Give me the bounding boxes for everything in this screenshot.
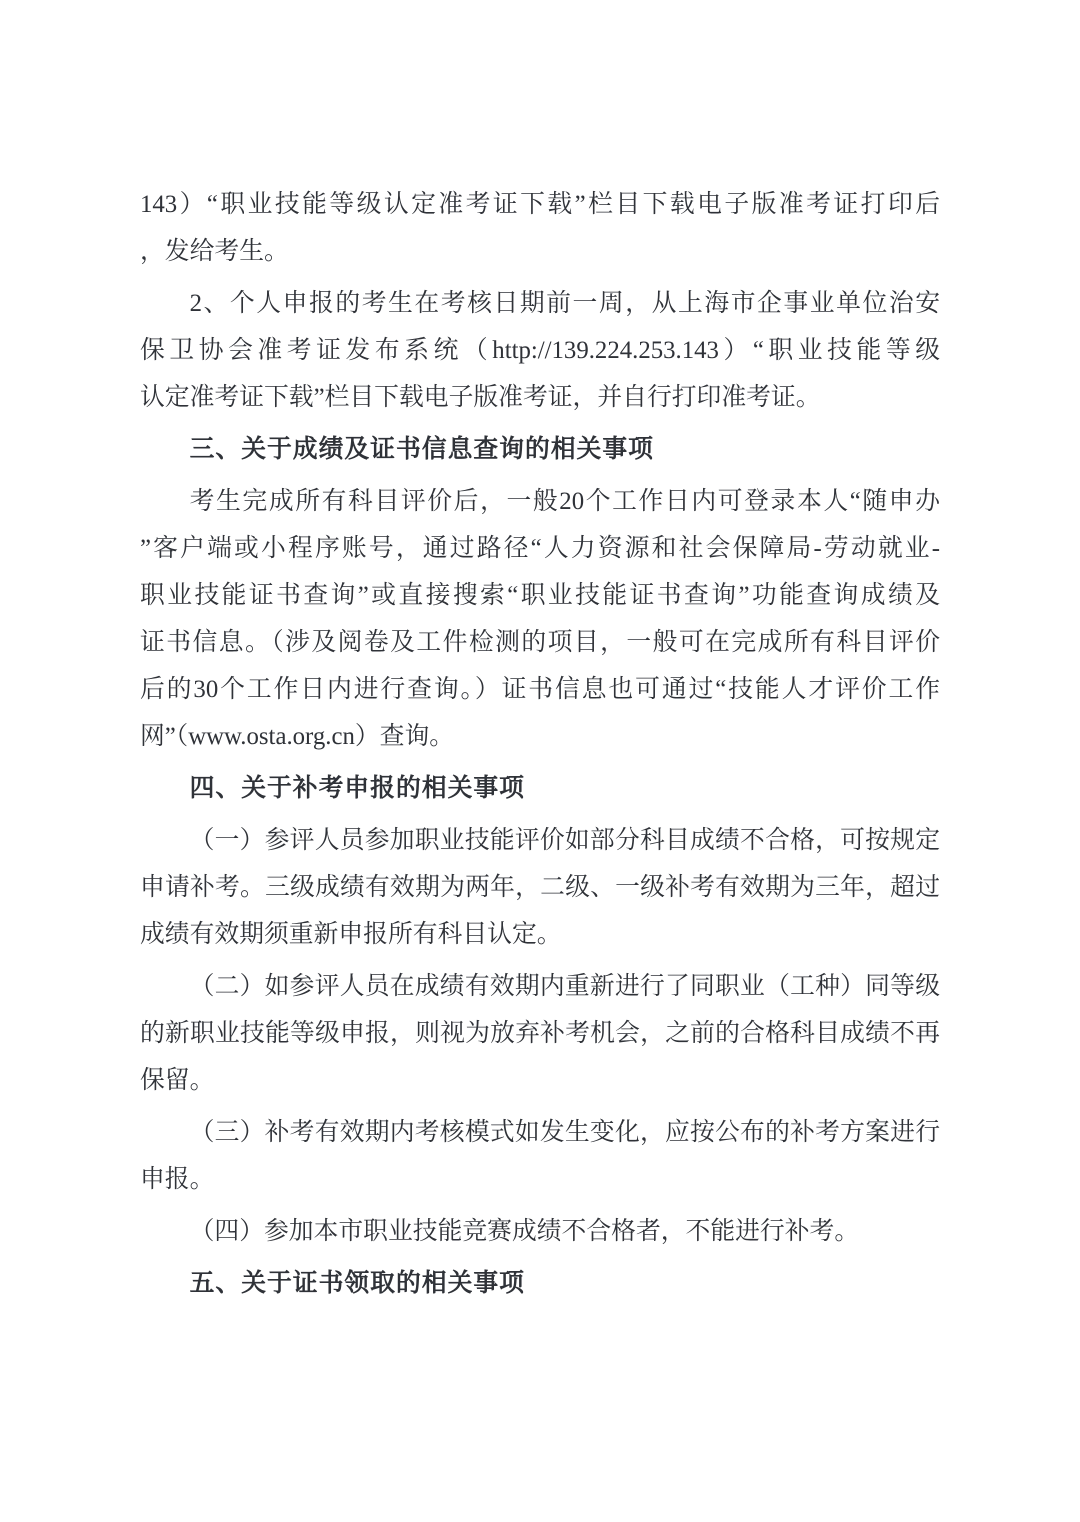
text-line: （四）参加本市职业技能竞赛成绩不合格者，不能进行补考。 xyxy=(140,1208,940,1255)
text-line: 后的30个工作日内进行查询。）证书信息也可通过“技能人才评价工作 xyxy=(140,666,940,713)
section-heading: 四、关于补考申报的相关事项 xyxy=(140,765,940,812)
text-line: 认定准考证下载”栏目下载电子版准考证，并自行打印准考证。 xyxy=(140,374,940,421)
text-line: ”客户端或小程序账号，通过路径“人力资源和社会保障局-劳动就业- xyxy=(140,525,940,572)
text-line: 五、关于证书领取的相关事项 xyxy=(140,1260,940,1307)
section-heading: 五、关于证书领取的相关事项 xyxy=(140,1260,940,1307)
text-line: 申报。 xyxy=(140,1156,940,1203)
text-line: 成绩有效期须重新申报所有科目认定。 xyxy=(140,911,940,958)
paragraph: 143）“职业技能等级认定准考证下载”栏目下载电子版准考证打印后，发给考生。 xyxy=(140,181,940,275)
text-line: 职业技能证书查询”或直接搜索“职业技能证书查询”功能查询成绩及 xyxy=(140,572,940,619)
text-line: 保留。 xyxy=(140,1057,940,1104)
section-heading: 三、关于成绩及证书信息查询的相关事项 xyxy=(140,426,940,473)
text-line: （一）参评人员参加职业技能评价如部分科目成绩不合格，可按规定 xyxy=(140,817,940,864)
text-line: （二）如参评人员在成绩有效期内重新进行了同职业（工种）同等级 xyxy=(140,963,940,1010)
text-line: 143）“职业技能等级认定准考证下载”栏目下载电子版准考证打印后 xyxy=(140,181,940,228)
text-line: 2、个人申报的考生在考核日期前一周，从上海市企事业单位治安 xyxy=(140,280,940,327)
text-line: 三、关于成绩及证书信息查询的相关事项 xyxy=(140,426,940,473)
paragraph: （三）补考有效期内考核模式如发生变化，应按公布的补考方案进行申报。 xyxy=(140,1109,940,1203)
text-line: 考生完成所有科目评价后，一般20个工作日内可登录本人“随申办 xyxy=(140,478,940,525)
text-line: 的新职业技能等级申报，则视为放弃补考机会，之前的合格科目成绩不再 xyxy=(140,1010,940,1057)
paragraph: （四）参加本市职业技能竞赛成绩不合格者，不能进行补考。 xyxy=(140,1208,940,1255)
text-line: 保卫协会准考证发布系统（http://139.224.253.143）“职业技能… xyxy=(140,327,940,374)
paragraph: 2、个人申报的考生在考核日期前一周，从上海市企事业单位治安保卫协会准考证发布系统… xyxy=(140,280,940,421)
document-body: 143）“职业技能等级认定准考证下载”栏目下载电子版准考证打印后，发给考生。2、… xyxy=(140,181,940,1307)
document-page: 143）“职业技能等级认定准考证下载”栏目下载电子版准考证打印后，发给考生。2、… xyxy=(0,0,1080,1522)
text-line: ，发给考生。 xyxy=(140,228,940,275)
paragraph: （一）参评人员参加职业技能评价如部分科目成绩不合格，可按规定申请补考。三级成绩有… xyxy=(140,817,940,958)
paragraph: 考生完成所有科目评价后，一般20个工作日内可登录本人“随申办”客户端或小程序账号… xyxy=(140,478,940,760)
text-line: 网”（www.osta.org.cn）查询。 xyxy=(140,713,940,760)
text-line: 证书信息。（涉及阅卷及工件检测的项目，一般可在完成所有科目评价 xyxy=(140,619,940,666)
paragraph: （二）如参评人员在成绩有效期内重新进行了同职业（工种）同等级的新职业技能等级申报… xyxy=(140,963,940,1104)
text-line: 四、关于补考申报的相关事项 xyxy=(140,765,940,812)
text-line: （三）补考有效期内考核模式如发生变化，应按公布的补考方案进行 xyxy=(140,1109,940,1156)
text-line: 申请补考。三级成绩有效期为两年，二级、一级补考有效期为三年，超过 xyxy=(140,864,940,911)
